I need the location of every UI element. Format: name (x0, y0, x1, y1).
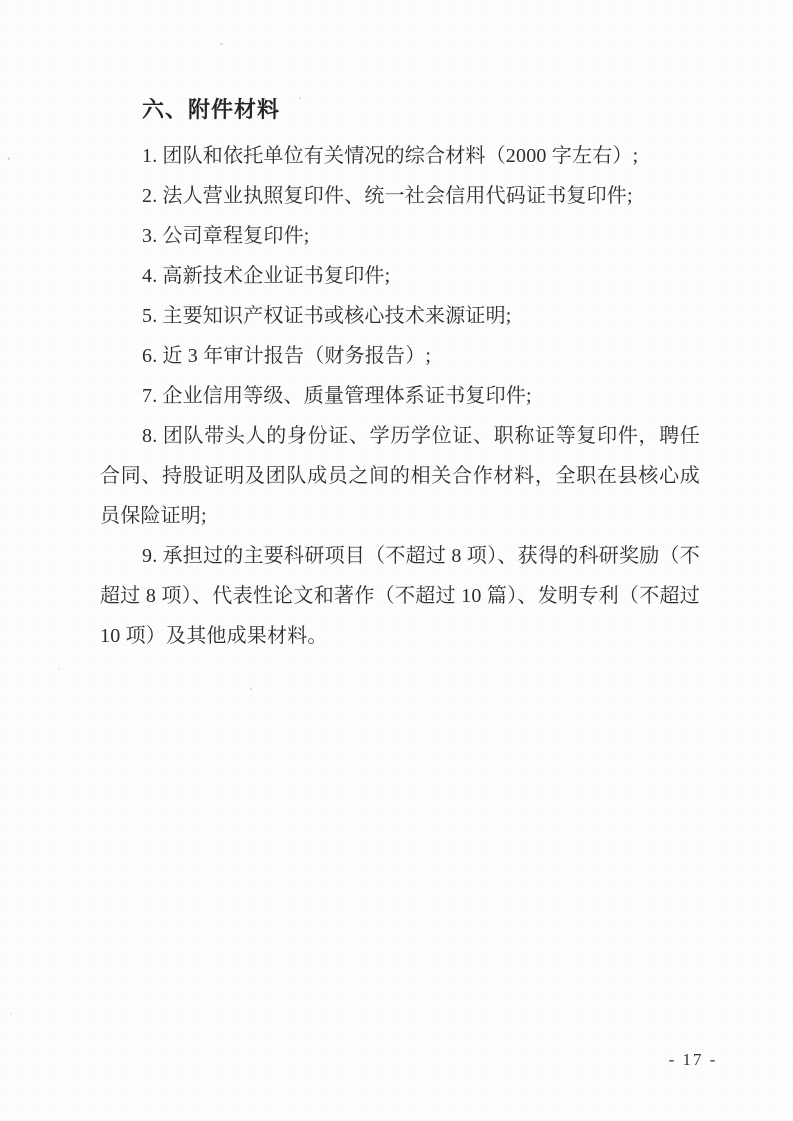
item-number: 1. (142, 145, 157, 167)
item-text: 企业信用等级、质量管理体系证书复印件; (162, 385, 531, 407)
item-number: 4. (142, 265, 157, 287)
attachments-section: 六、附件材料 1.团队和依托单位有关情况的综合材料（2000 字左右）; 2.法… (100, 90, 700, 656)
scan-speck (220, 43, 223, 45)
item-number: 8. (142, 425, 157, 447)
list-item: 5.主要知识产权证书或核心技术来源证明; (100, 296, 700, 336)
page-number: - 17 - (638, 1050, 748, 1070)
document-page: 六、附件材料 1.团队和依托单位有关情况的综合材料（2000 字左右）; 2.法… (0, 0, 793, 1121)
list-item: 4.高新技术企业证书复印件; (100, 256, 700, 296)
scan-speck (10, 1013, 12, 1015)
scan-speck (58, 668, 60, 670)
list-item: 1.团队和依托单位有关情况的综合材料（2000 字左右）; (100, 136, 700, 176)
list-item: 6.近 3 年审计报告（财务报告）; (100, 336, 700, 376)
item-number: 6. (142, 345, 157, 367)
item-text: 主要知识产权证书或核心技术来源证明; (162, 305, 511, 327)
item-text: 团队和依托单位有关情况的综合材料（2000 字左右）; (162, 145, 638, 167)
item-number: 2. (142, 185, 157, 207)
section-heading: 六、附件材料 (100, 90, 700, 130)
list-item: 9.承担过的主要科研项目（不超过 8 项）、获得的科研奖励（不超过 8 项）、代… (100, 536, 700, 656)
scan-speck (299, 97, 301, 99)
item-text: 近 3 年审计报告（财务报告）; (162, 345, 431, 367)
list-item: 2.法人营业执照复印件、统一社会信用代码证书复印件; (100, 176, 700, 216)
list-item: 7.企业信用等级、质量管理体系证书复印件; (100, 376, 700, 416)
item-number: 7. (142, 385, 157, 407)
item-text: 承担过的主要科研项目（不超过 8 项）、获得的科研奖励（不超过 8 项）、代表性… (100, 545, 700, 647)
scan-speck (8, 157, 10, 160)
item-text: 法人营业执照复印件、统一社会信用代码证书复印件; (162, 185, 632, 207)
item-number: 9. (142, 545, 157, 567)
item-number: 5. (142, 305, 157, 327)
list-item: 3.公司章程复印件; (100, 216, 700, 256)
list-item: 8.团队带头人的身份证、学历学位证、职称证等复印件，聘任合同、持股证明及团队成员… (100, 416, 700, 536)
item-text: 高新技术企业证书复印件; (162, 265, 390, 287)
item-text: 公司章程复印件; (162, 225, 309, 247)
item-number: 3. (142, 225, 157, 247)
item-text: 团队带头人的身份证、学历学位证、职称证等复印件，聘任合同、持股证明及团队成员之间… (100, 425, 700, 527)
scan-speck (250, 688, 252, 690)
